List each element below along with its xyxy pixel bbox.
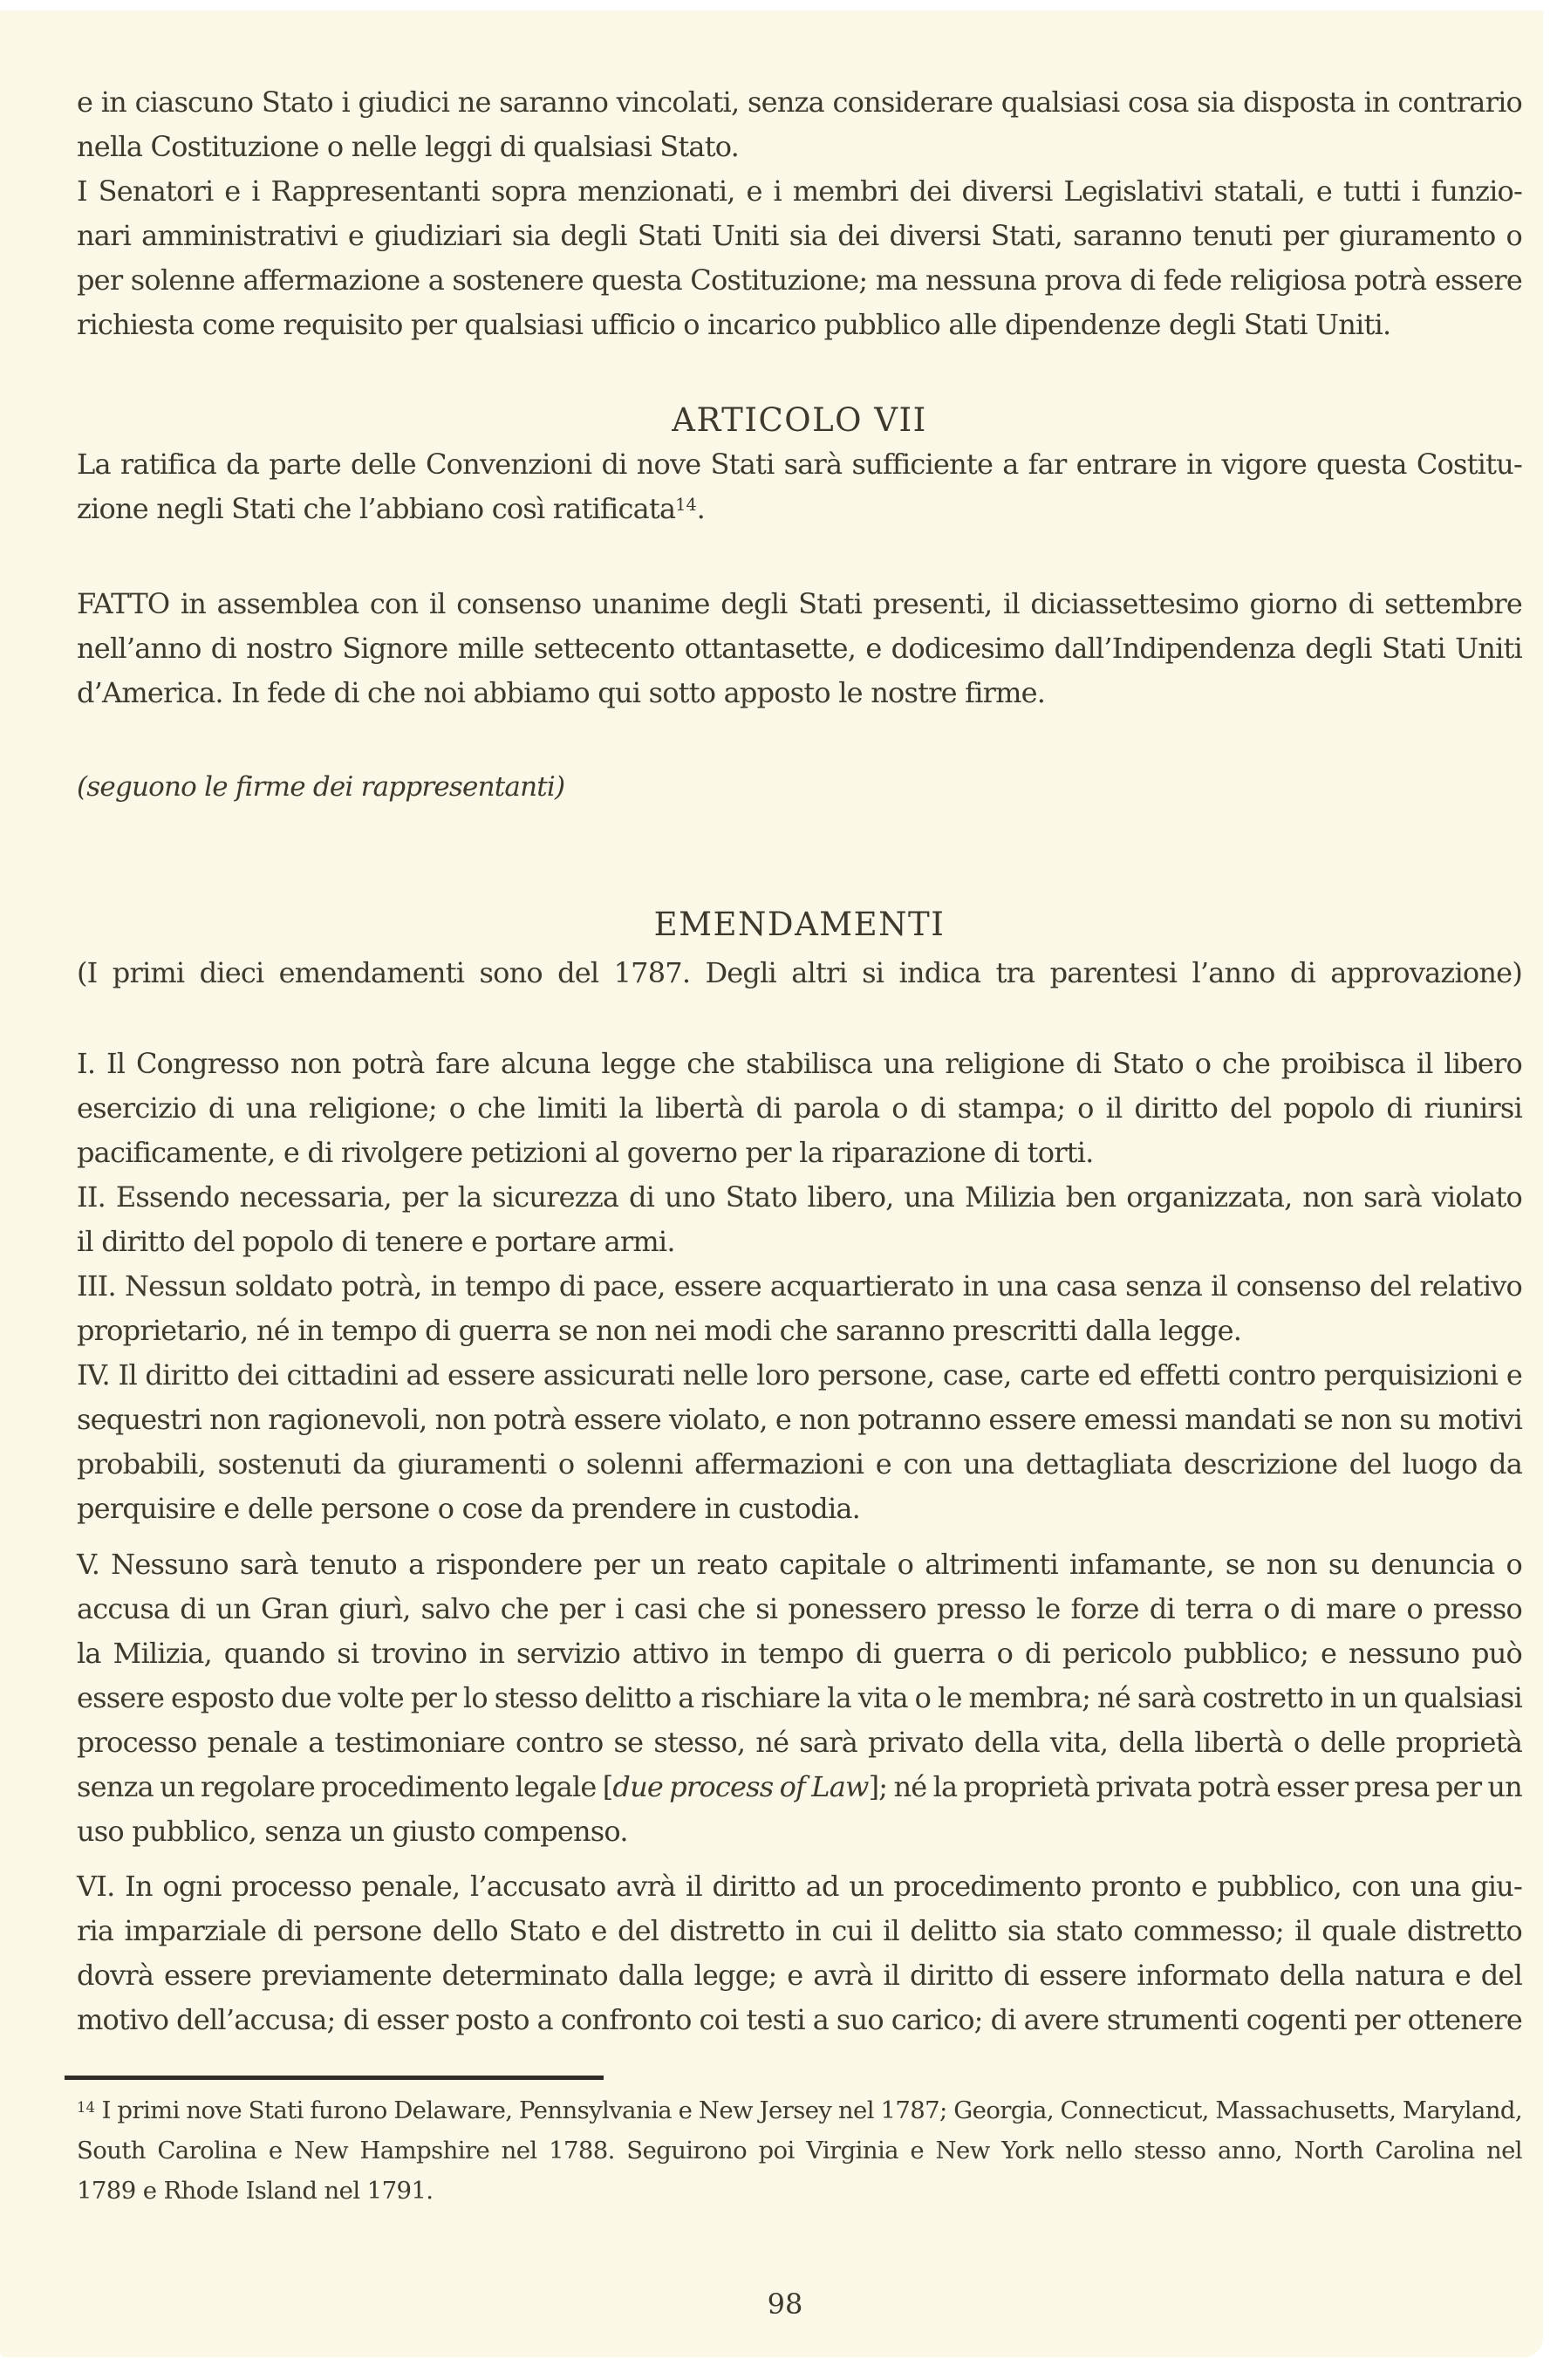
paragraph: La ratifica da parte delle Convenzioni d… — [77, 442, 1522, 531]
paragraph: V. Nessuno sarà tenuto a rispondere per … — [77, 1542, 1522, 1854]
footnote: 14 I primi nove Stati furono Delaware, P… — [77, 2090, 1522, 2211]
text-line: FATTO in assemblea con il consenso unani… — [77, 582, 1522, 626]
text-line: III. Nessun soldato potrà, in tempo di p… — [77, 1264, 1522, 1309]
section-heading: EMENDAMENTI — [77, 902, 1522, 947]
text-line: pacificamente, e di rivolgere petizioni … — [77, 1131, 1522, 1175]
text-line: ria imparziale di persone dello Stato e … — [77, 1909, 1522, 1953]
book-page: e in ciascuno Stato i giudici ne saranno… — [0, 10, 1543, 2357]
text-line: VI. In ogni processo penale, l’accusato … — [77, 1864, 1522, 1909]
text-line: per solenne affermazione a sostenere que… — [77, 258, 1522, 303]
text-line: IV. Il diritto dei cittadini ad essere a… — [77, 1353, 1522, 1398]
text-line: La ratifica da parte delle Convenzioni d… — [77, 442, 1522, 487]
section-heading: ARTICOLO VII — [77, 398, 1522, 442]
text-line: zione negli Stati che l’abbiano così rat… — [77, 487, 1522, 531]
text-line: motivo dell’accusa; di esser posto a con… — [77, 1998, 1522, 2042]
text-line: (seguono le firme dei rappresentanti) — [77, 765, 1522, 810]
text-line: ARTICOLO VII — [77, 398, 1522, 442]
paragraph: (I primi dieci emendamenti sono del 1787… — [77, 951, 1522, 995]
footnote-divider — [65, 2076, 604, 2080]
text-line: South Carolina e New Hampshire nel 1788.… — [77, 2130, 1522, 2171]
text-line: I Senatori e i Rappresentanti sopra menz… — [77, 169, 1522, 214]
paragraph: IV. Il diritto dei cittadini ad essere a… — [77, 1353, 1522, 1531]
text-line: nell’anno di nostro Signore mille settec… — [77, 626, 1522, 671]
paragraph: VI. In ogni processo penale, l’accusato … — [77, 1864, 1522, 2042]
paragraph: I. Il Congresso non potrà fare alcuna le… — [77, 1042, 1522, 1175]
text-line: probabili, sostenuti da giuramenti o sol… — [77, 1442, 1522, 1487]
text-line: nari amministrativi e giudiziari sia deg… — [77, 214, 1522, 258]
text-line: essere esposto due volte per lo stesso d… — [77, 1676, 1522, 1720]
text-line: 1789 e Rhode Island nel 1791. — [77, 2171, 1522, 2211]
text-line: dovrà essere previamente determinato dal… — [77, 1953, 1522, 1998]
text-line: richiesta come requisito per qualsiasi u… — [77, 303, 1522, 347]
page-content: e in ciascuno Stato i giudici ne saranno… — [77, 80, 1522, 2211]
text-line: uso pubblico, senza un giusto compenso. — [77, 1809, 1522, 1854]
text-line: (I primi dieci emendamenti sono del 1787… — [77, 951, 1522, 995]
italic-note: (seguono le firme dei rappresentanti) — [77, 765, 1522, 810]
text-line: esercizio di una religione; o che limiti… — [77, 1086, 1522, 1131]
text-line: perquisire e delle persone o cose da pre… — [77, 1487, 1522, 1531]
paragraph: II. Essendo necessaria, per la sicurezza… — [77, 1175, 1522, 1264]
text-line: processo penale a testimoniare contro se… — [77, 1720, 1522, 1765]
paragraph: III. Nessun soldato potrà, in tempo di p… — [77, 1264, 1522, 1353]
text-line: II. Essendo necessaria, per la sicurezza… — [77, 1175, 1522, 1220]
text-line: e in ciascuno Stato i giudici ne saranno… — [77, 80, 1522, 125]
text-line: senza un regolare procedimento legale [d… — [77, 1765, 1522, 1809]
paragraph: I Senatori e i Rappresentanti sopra menz… — [77, 169, 1522, 347]
text-line: il diritto del popolo di tenere e portar… — [77, 1220, 1522, 1264]
paragraph: e in ciascuno Stato i giudici ne saranno… — [77, 80, 1522, 169]
text-line: 14 I primi nove Stati furono Delaware, P… — [77, 2090, 1522, 2130]
text-line: I. Il Congresso non potrà fare alcuna le… — [77, 1042, 1522, 1086]
text-line: nella Costituzione o nelle leggi di qual… — [77, 125, 1522, 169]
paragraph: FATTO in assemblea con il consenso unani… — [77, 582, 1522, 715]
text-line: V. Nessuno sarà tenuto a rispondere per … — [77, 1542, 1522, 1587]
text-line: EMENDAMENTI — [77, 902, 1522, 947]
text-line: proprietario, né in tempo di guerra se n… — [77, 1309, 1522, 1353]
text-line: d’America. In fede di che noi abbiamo qu… — [77, 671, 1522, 715]
text-line: sequestri non ragionevoli, non potrà ess… — [77, 1398, 1522, 1442]
text-line: accusa di un Gran giurì, salvo che per i… — [77, 1587, 1522, 1631]
text-line: la Milizia, quando si trovino in servizi… — [77, 1631, 1522, 1676]
page-number: 98 — [26, 2288, 1544, 2321]
